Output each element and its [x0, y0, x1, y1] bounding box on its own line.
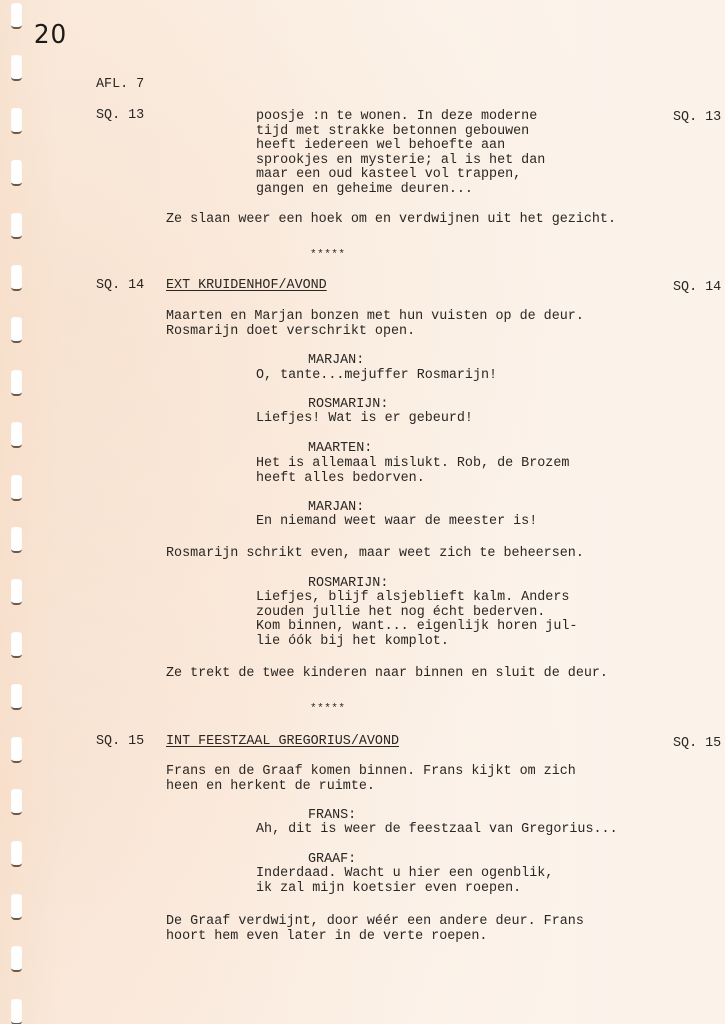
scene-separator: *****	[310, 249, 346, 261]
binder-hole	[11, 684, 22, 710]
binder-hole	[11, 370, 22, 396]
binder-hole	[11, 999, 22, 1024]
dialogue-text: Inderdaad. Wacht u hier een ogenblik, ik…	[256, 867, 553, 896]
sq14-label-left: SQ. 14	[96, 278, 144, 293]
binder-hole	[11, 55, 22, 81]
dialogue-text: Ah, dit is weer de feestzaal van Gregori…	[256, 823, 618, 838]
binder-hole	[11, 317, 22, 343]
episode-label: AFL. 7	[96, 77, 144, 92]
binder-hole	[11, 527, 22, 553]
binder-hole	[11, 579, 22, 605]
sq14-action-1: Maarten en Marjan bonzen met hun vuisten…	[166, 310, 584, 339]
dialogue-text: O, tante...mejuffer Rosmarijn!	[256, 369, 497, 384]
sq13-label-left: SQ. 13	[96, 108, 144, 123]
sq14-scene-heading: EXT KRUIDENHOF/AVOND	[166, 278, 327, 293]
speaker: MARJAN:	[308, 500, 364, 515]
binder-hole	[11, 841, 22, 867]
sq14-label-right: SQ. 14	[673, 280, 721, 295]
sq13-action: Ze slaan weer een hoek om en verdwijnen …	[166, 212, 616, 227]
binder-hole	[11, 213, 22, 239]
speaker: MAARTEN:	[308, 441, 372, 456]
sq15-scene-heading: INT FEESTZAAL GREGORIUS/AVOND	[166, 734, 399, 749]
binder-hole	[11, 3, 22, 29]
binder-hole	[11, 265, 22, 291]
handwritten-page-number: 20	[34, 20, 67, 50]
speaker: FRANS:	[308, 808, 356, 823]
sq13-dialogue-continued: poosje :n te wonen. In deze moderne tijd…	[256, 110, 545, 198]
scene-separator: *****	[310, 703, 346, 715]
sq15-action-2: De Graaf verdwijnt, door wéér een andere…	[166, 915, 584, 944]
binder-hole	[11, 422, 22, 448]
speaker: GRAAF:	[308, 852, 356, 867]
speaker: MARJAN:	[308, 353, 364, 368]
speaker: ROSMARIJN:	[308, 576, 388, 591]
sq14-action-2: Rosmarijn schrikt even, maar weet zich t…	[166, 546, 584, 561]
dialogue-text: En niemand weet waar de meester is!	[256, 515, 537, 530]
sq13-label-right: SQ. 13	[673, 110, 721, 125]
binder-hole	[11, 737, 22, 763]
dialogue-text: Liefjes, blijf alsjeblieft kalm. Anders …	[256, 591, 577, 649]
binder-hole	[11, 946, 22, 972]
binder-hole	[11, 894, 22, 920]
binder-hole	[11, 632, 22, 658]
sq15-action-1: Frans en de Graaf komen binnen. Frans ki…	[166, 765, 576, 794]
dialogue-text: Liefjes! Wat is er gebeurd!	[256, 412, 473, 427]
binder-hole	[11, 475, 22, 501]
sq15-label-right: SQ. 15	[673, 736, 721, 751]
binder-hole	[11, 160, 22, 186]
sq15-label-left: SQ. 15	[96, 734, 144, 749]
dialogue-text: Het is allemaal mislukt. Rob, de Brozem …	[256, 457, 569, 486]
sq14-action-3: Ze trekt de twee kinderen naar binnen en…	[166, 666, 608, 681]
speaker: ROSMARIJN:	[308, 397, 388, 412]
binder-hole	[11, 789, 22, 815]
binder-hole	[11, 108, 22, 134]
